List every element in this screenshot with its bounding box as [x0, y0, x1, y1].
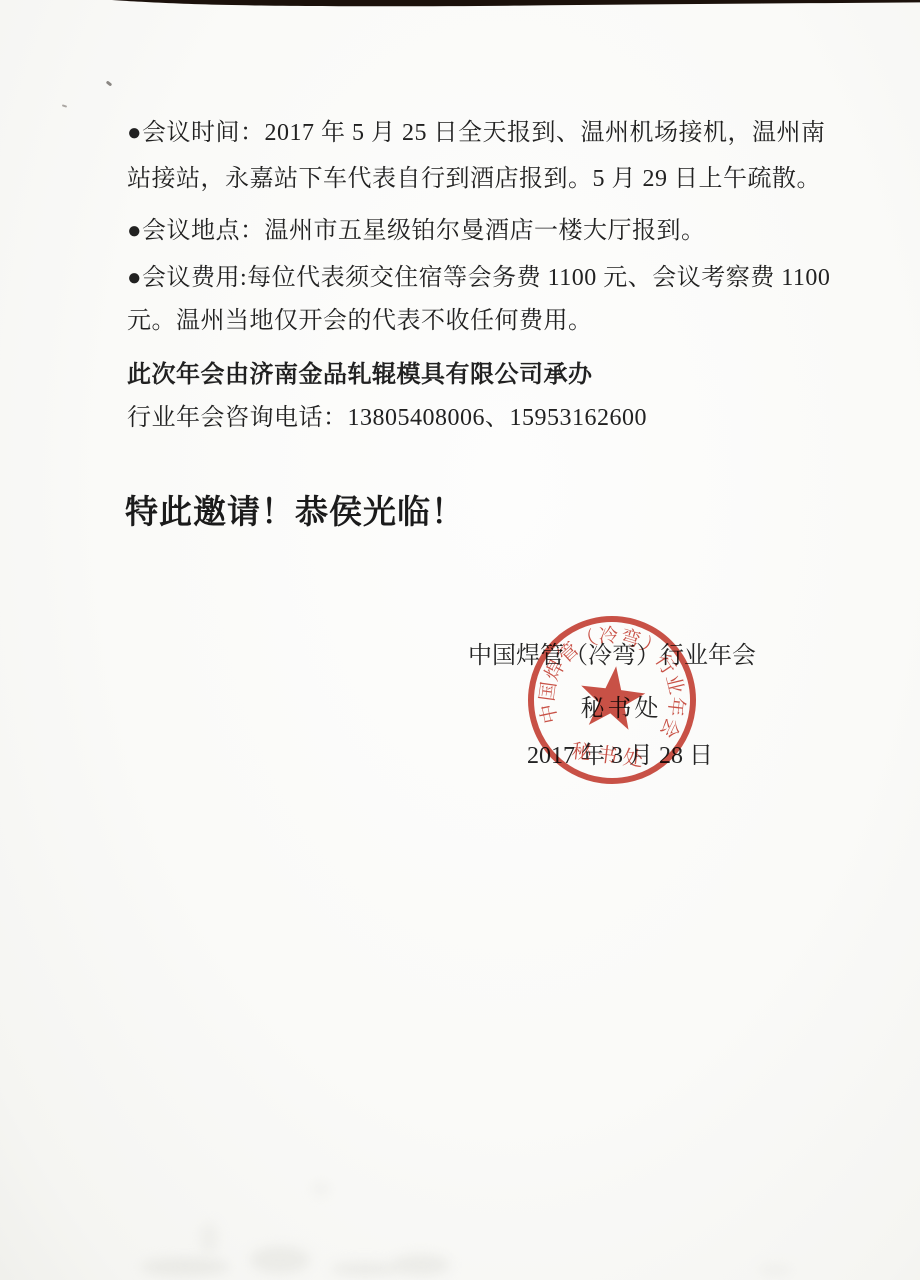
meeting-time-line-1: ●会议时间：2017 年 5 月 25 日全天报到、温州机场接机，温州南: [127, 117, 826, 149]
meeting-fee-line-1: ●会议费用:每位代表须交住宿等会务费 1100 元、会议考察费 1100: [127, 262, 830, 294]
scan-edge-shape: [112, 0, 920, 6]
contact-phone-line: 行业年会咨询电话：13805408006、15953162600: [127, 402, 647, 434]
scan-smudge: [250, 1246, 310, 1274]
seal-center-text: 秘书处: [570, 740, 650, 772]
seal-star-icon: [577, 662, 649, 731]
scan-edge-artifact: [0, 0, 920, 10]
scan-speck: [106, 80, 113, 86]
scanned-invitation-letter-page: ●会议时间：2017 年 5 月 25 日全天报到、温州机场接机，温州南 站接站…: [0, 0, 920, 1280]
scan-speck: [62, 104, 67, 107]
invitation-statement: 特此邀请！恭侯光临！: [125, 486, 465, 533]
meeting-time-line-2: 站接站，永嘉站下车代表自行到酒店报到。5 月 29 日上午疏散。: [127, 163, 821, 195]
scan-smudge: [140, 1258, 230, 1276]
scan-smudge: [758, 1264, 792, 1276]
scan-smudge: [312, 1182, 330, 1196]
official-red-seal: 中国焊管（冷弯）行业年会 秘书处: [514, 602, 710, 798]
meeting-fee-line-2: 元。温州当地仅开会的代表不收任何费用。: [127, 305, 593, 337]
organizer-line: 此次年会由济南金品轧辊模具有限公司承办: [127, 359, 593, 391]
scan-smudge: [392, 1254, 450, 1276]
meeting-location-line: ●会议地点：温州市五星级铂尔曼酒店一楼大厅报到。: [127, 215, 706, 247]
scan-smudge: [330, 1262, 400, 1276]
scan-smudge: [200, 1222, 218, 1254]
